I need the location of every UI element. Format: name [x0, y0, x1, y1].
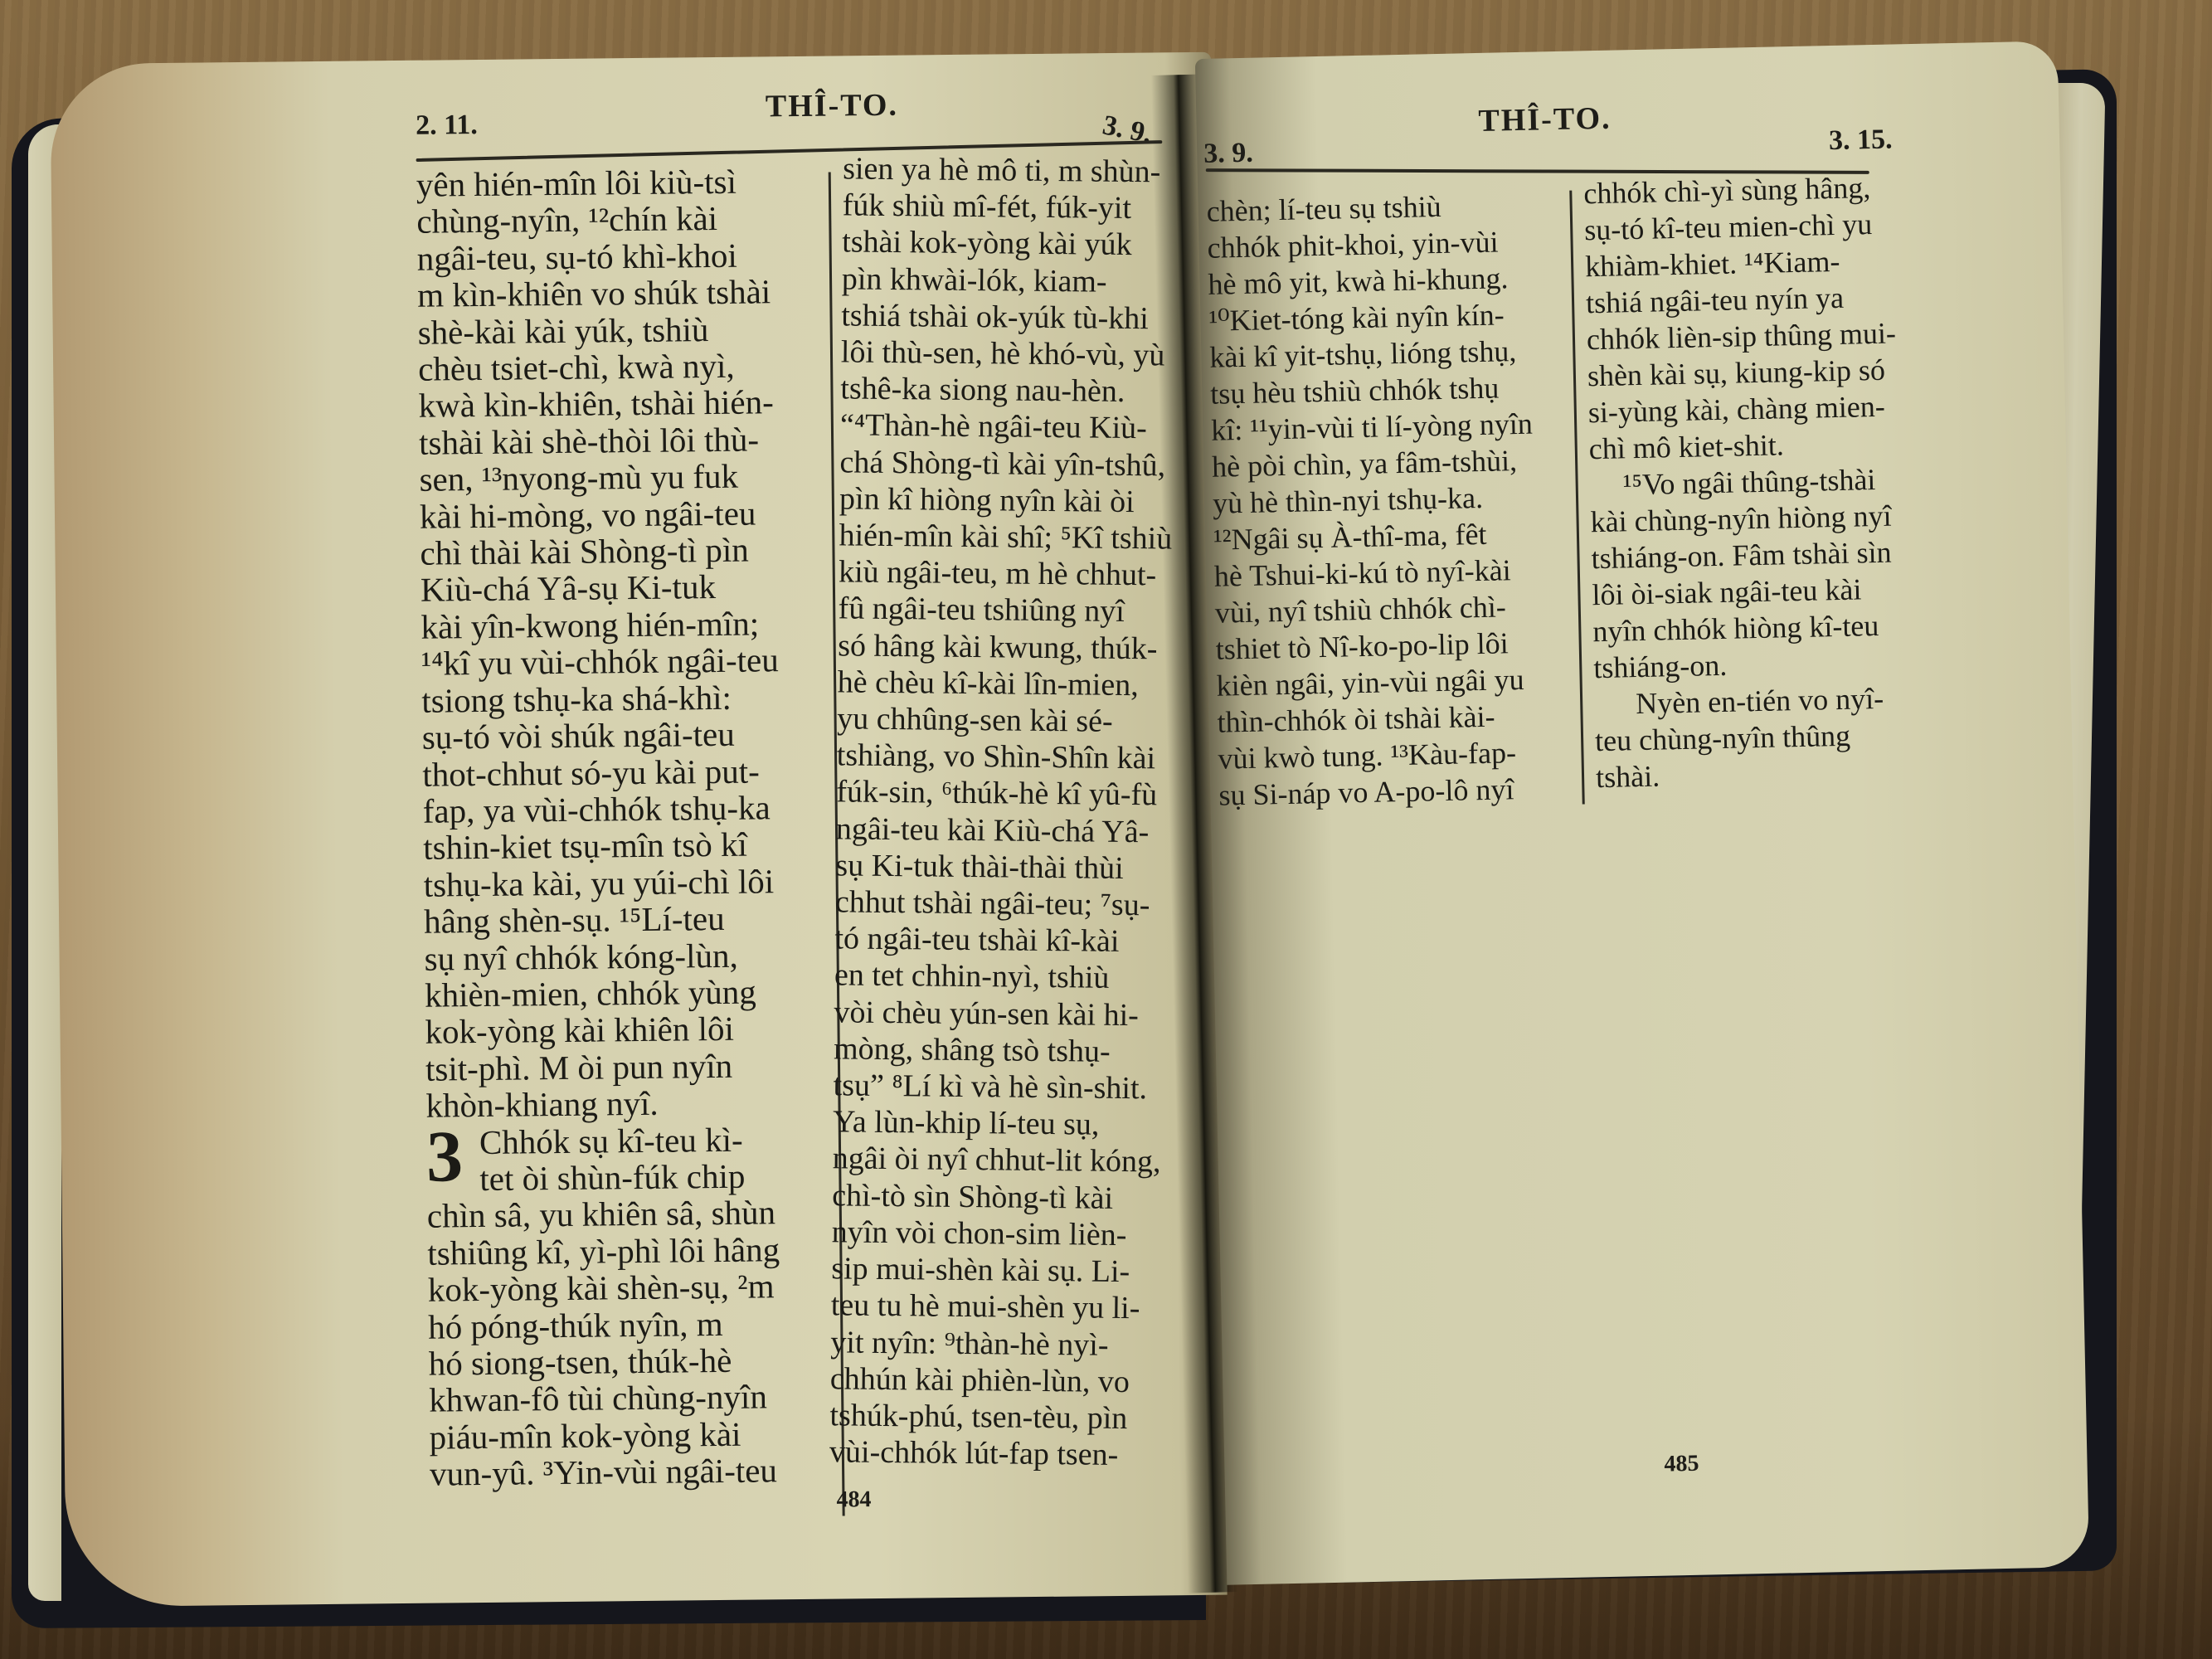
text-line: khièn-mien, chhók yùng: [425, 973, 823, 1014]
running-title-left: THÎ-TO.: [766, 87, 899, 125]
chapter-verse-ref-end: 3. 15.: [1829, 124, 1893, 158]
text-line: chá Shòng-tì kài yîn-tshû,: [839, 444, 1188, 484]
text-line: kiù ngâi-teu, m hè chhut-: [839, 554, 1187, 595]
text-line: Ya lùn-khip lí-teu sụ,: [833, 1104, 1181, 1145]
chapter-verse-ref-start: 3. 9.: [1203, 138, 1253, 170]
right-page-column-1: chèn; lí-teu sụ tshiù chhók phit-khoi, y…: [1206, 186, 1568, 814]
text-line: tó ngâi-teu tshài kî-kài: [834, 921, 1183, 961]
text-line: ngâi òi nyî chhut-lit kóng,: [832, 1141, 1180, 1181]
text-line: en tet chhin-nyì, tshiù: [834, 957, 1183, 998]
text-line: chùng-nyîn, ¹²chín kài: [416, 199, 814, 240]
text-line: chì-tò sìn Shòng-tì kài: [832, 1177, 1180, 1218]
chapter-3-block: 3 Chhók sụ kî-teu kì- tet òi shùn-fúk ch…: [426, 1120, 829, 1492]
chapter-verse-ref-start: 2. 11.: [416, 109, 478, 142]
text-line: tshiáng-on. Fâm tshài sìn: [1591, 533, 1940, 577]
text-line: kài hi-mòng, vo ngâi-teu: [420, 494, 818, 534]
text-line: chèu tsiet-chì, kwà nyì,: [418, 347, 816, 387]
text-line: yit nyîn: ⁹thàn-hè nyì-: [830, 1324, 1179, 1365]
chapter-number: 3: [426, 1124, 464, 1190]
text-line: khòn-khiang nyî.: [425, 1083, 824, 1124]
text-line: nyîn vòi chon-sim lièn-: [832, 1214, 1180, 1254]
text-line: tshin-kiet tsụ-mîn tsò kî: [423, 825, 821, 866]
text-line: khwan-fô tùi chùng-nyîn: [429, 1378, 827, 1418]
text-line: Chhók sụ kî-teu kì-: [426, 1120, 824, 1160]
text-line: sụ Ki-tuk thài-thài thùi: [835, 847, 1184, 888]
text-line: hó póng-thúk nyîn, m: [428, 1304, 826, 1345]
page-number-left: 484: [836, 1486, 871, 1513]
text-line: kài yîn-kwong hién-mîn;: [421, 605, 819, 645]
text-line: ngâi-teu kài Kiù-chá Yâ-: [836, 810, 1184, 851]
text-line: hó siong-tsen, thúk-hè: [428, 1341, 826, 1382]
text-line: tsiong tshụ-ka shá-khì:: [421, 678, 819, 718]
text-line: tshài kài shè-thòi lôi thù-: [419, 421, 817, 461]
text-line: chì thài kài Shòng-tì pìn: [420, 531, 818, 572]
text-line: thot-chhut só-yu kài put-: [422, 752, 820, 792]
text-line: shè-kài kài yúk, tshiù: [417, 309, 815, 350]
right-page-column-2: chhók chì-yì sùng hâng, sụ-tó kî-teu mie…: [1583, 168, 1945, 796]
text-line: yu chhûng-sen kài sé-: [837, 700, 1185, 741]
text-line: lôi thù-sen, hè khó-vù, yù: [841, 333, 1189, 374]
text-line: chìn sâ, yu khiên sâ, shùn: [427, 1194, 825, 1234]
page-number-right: 485: [1664, 1451, 1699, 1478]
text-line: sụ-tó vòi shúk ngâi-teu: [422, 715, 820, 756]
text-line: tshiá tshài ok-yúk tù-khi: [841, 297, 1189, 338]
text-line: chhut tshài ngâi-teu; ⁷sụ-: [835, 883, 1184, 924]
left-page-column-1: yên hién-mîn lôi kiù-tsì chùng-nyîn, ¹²c…: [416, 163, 829, 1493]
text-line: fû ngâi-teu tshiûng nyî: [838, 591, 1186, 631]
text-line: só hâng kài kwung, thúk-: [838, 627, 1186, 668]
text-line: tshài kok-yòng kài yúk: [842, 224, 1190, 265]
text-line: tshúk-phú, tsen-tèu, pìn: [829, 1397, 1178, 1438]
text-line: yên hién-mîn lôi kiù-tsì: [416, 163, 814, 203]
text-line: tsit-phì. M òi pun nyîn: [425, 1046, 824, 1087]
text-line: vùi kwò tung. ¹³Kàu-fap-: [1218, 733, 1567, 777]
text-line: pìn khwài-lók, kiam-: [842, 260, 1190, 301]
text-line: fúk shiù mî-fét, fúk-yit: [843, 187, 1191, 228]
text-line: vun-yû. ³Yin-vùi ngâi-teu: [430, 1452, 828, 1492]
text-line: chhún kài phièn-lùn, vo: [830, 1360, 1179, 1401]
text-line: fúk-sin, ⁶thúk-hè kî yû-fù: [836, 774, 1184, 815]
text-line: hién-mîn kài shî; ⁵Kî tshiù: [839, 517, 1187, 557]
text-line: tshiûng kî, yì-phì lôi hâng: [427, 1230, 825, 1271]
text-line: kok-yòng kài shèn-sụ, ²m: [428, 1267, 826, 1308]
text-line: mòng, shâng tsò tshụ-: [834, 1030, 1182, 1071]
text-line: hè chèu kî-kài lîn-mien,: [837, 664, 1185, 704]
text-line: kwà kìn-khiên, tshài hién-: [418, 383, 816, 424]
text-line: tshài.: [1596, 752, 1945, 795]
text-line: sien ya hè mô ti, m shùn-: [843, 150, 1191, 191]
text-line: fap, ya vùi-chhók tshụ-ka: [423, 789, 821, 829]
text-line: hè Tshui-ki-kú tò nyî-kài: [1213, 551, 1563, 595]
text-line: m kìn-khiên vo shúk tshài: [417, 273, 815, 314]
text-line: sen, ¹³nyong-mù yu fuk: [419, 457, 817, 498]
text-line: sip mui-shèn kài sụ. Li-: [831, 1250, 1179, 1291]
text-line: Kiù-chá Yâ-sụ Ki-tuk: [421, 567, 819, 608]
text-line: kài kî yit-tshụ, lióng tshụ,: [1209, 332, 1558, 376]
right-page[interactable]: THÎ-TO. 3. 9. 3. 15. chèn; lí-teu sụ tsh…: [1195, 41, 2089, 1584]
text-line: ¹⁴kî yu vùi-chhók ngâi-teu: [421, 641, 819, 682]
text-line: si-yùng kài, chàng mien-: [1587, 387, 1937, 431]
text-line: ngâi-teu, sụ-tó khì-khoi: [417, 236, 815, 277]
left-page-column-2: sien ya hè mô ti, m shùn- fúk shiù mî-fé…: [829, 150, 1192, 1474]
text-line: “⁴Thàn-hè ngâi-teu Kiù-: [840, 407, 1189, 448]
text-line: sụ nyî chhók kóng-lùn,: [424, 936, 822, 976]
text-line: piáu-mîn kok-yòng kài: [429, 1414, 827, 1455]
text-line: kièn ngâi, yin-vùi ngâi yu: [1216, 660, 1565, 704]
running-title-right: THÎ-TO.: [1478, 100, 1612, 139]
column-divider: [1569, 191, 1584, 805]
text-line: sụ Si-náp vo A-po-lô nyî: [1218, 770, 1568, 814]
text-line: tsụ” ⁸Lí kì và hè sìn-shit.: [833, 1067, 1181, 1107]
text-line: vòi chèu yún-sen kài hi-: [834, 994, 1182, 1034]
text-line: hâng shèn-sụ. ¹⁵Lí-teu: [424, 899, 822, 940]
text-line: tshiàng, vo Shìn-Shîn kài: [837, 737, 1185, 778]
text-line: tshê-ka siong nau-hèn.: [840, 371, 1189, 411]
text-line: tet òi shùn-fúk chip: [426, 1157, 824, 1198]
text-line: teu tu hè mui-shèn yu li-: [831, 1287, 1179, 1328]
text-line: kok-yòng kài khiên lôi: [425, 1010, 823, 1050]
left-page[interactable]: THÎ-TO. 2. 11. 3. 9. yên hién-mîn lôi ki…: [50, 52, 1227, 1608]
text-line: tshụ-ka kài, yu yúi-chì lôi: [423, 862, 821, 902]
text-line: hè pòi chìn, ya fâm-tshùi,: [1212, 441, 1561, 485]
text-line: pìn kî hiòng nyîn kài òi: [839, 480, 1188, 521]
text-line: vùi-chhók lút-fap tsen-: [829, 1433, 1178, 1474]
text-line: hè mô yit, kwà hi-khung.: [1208, 259, 1557, 303]
